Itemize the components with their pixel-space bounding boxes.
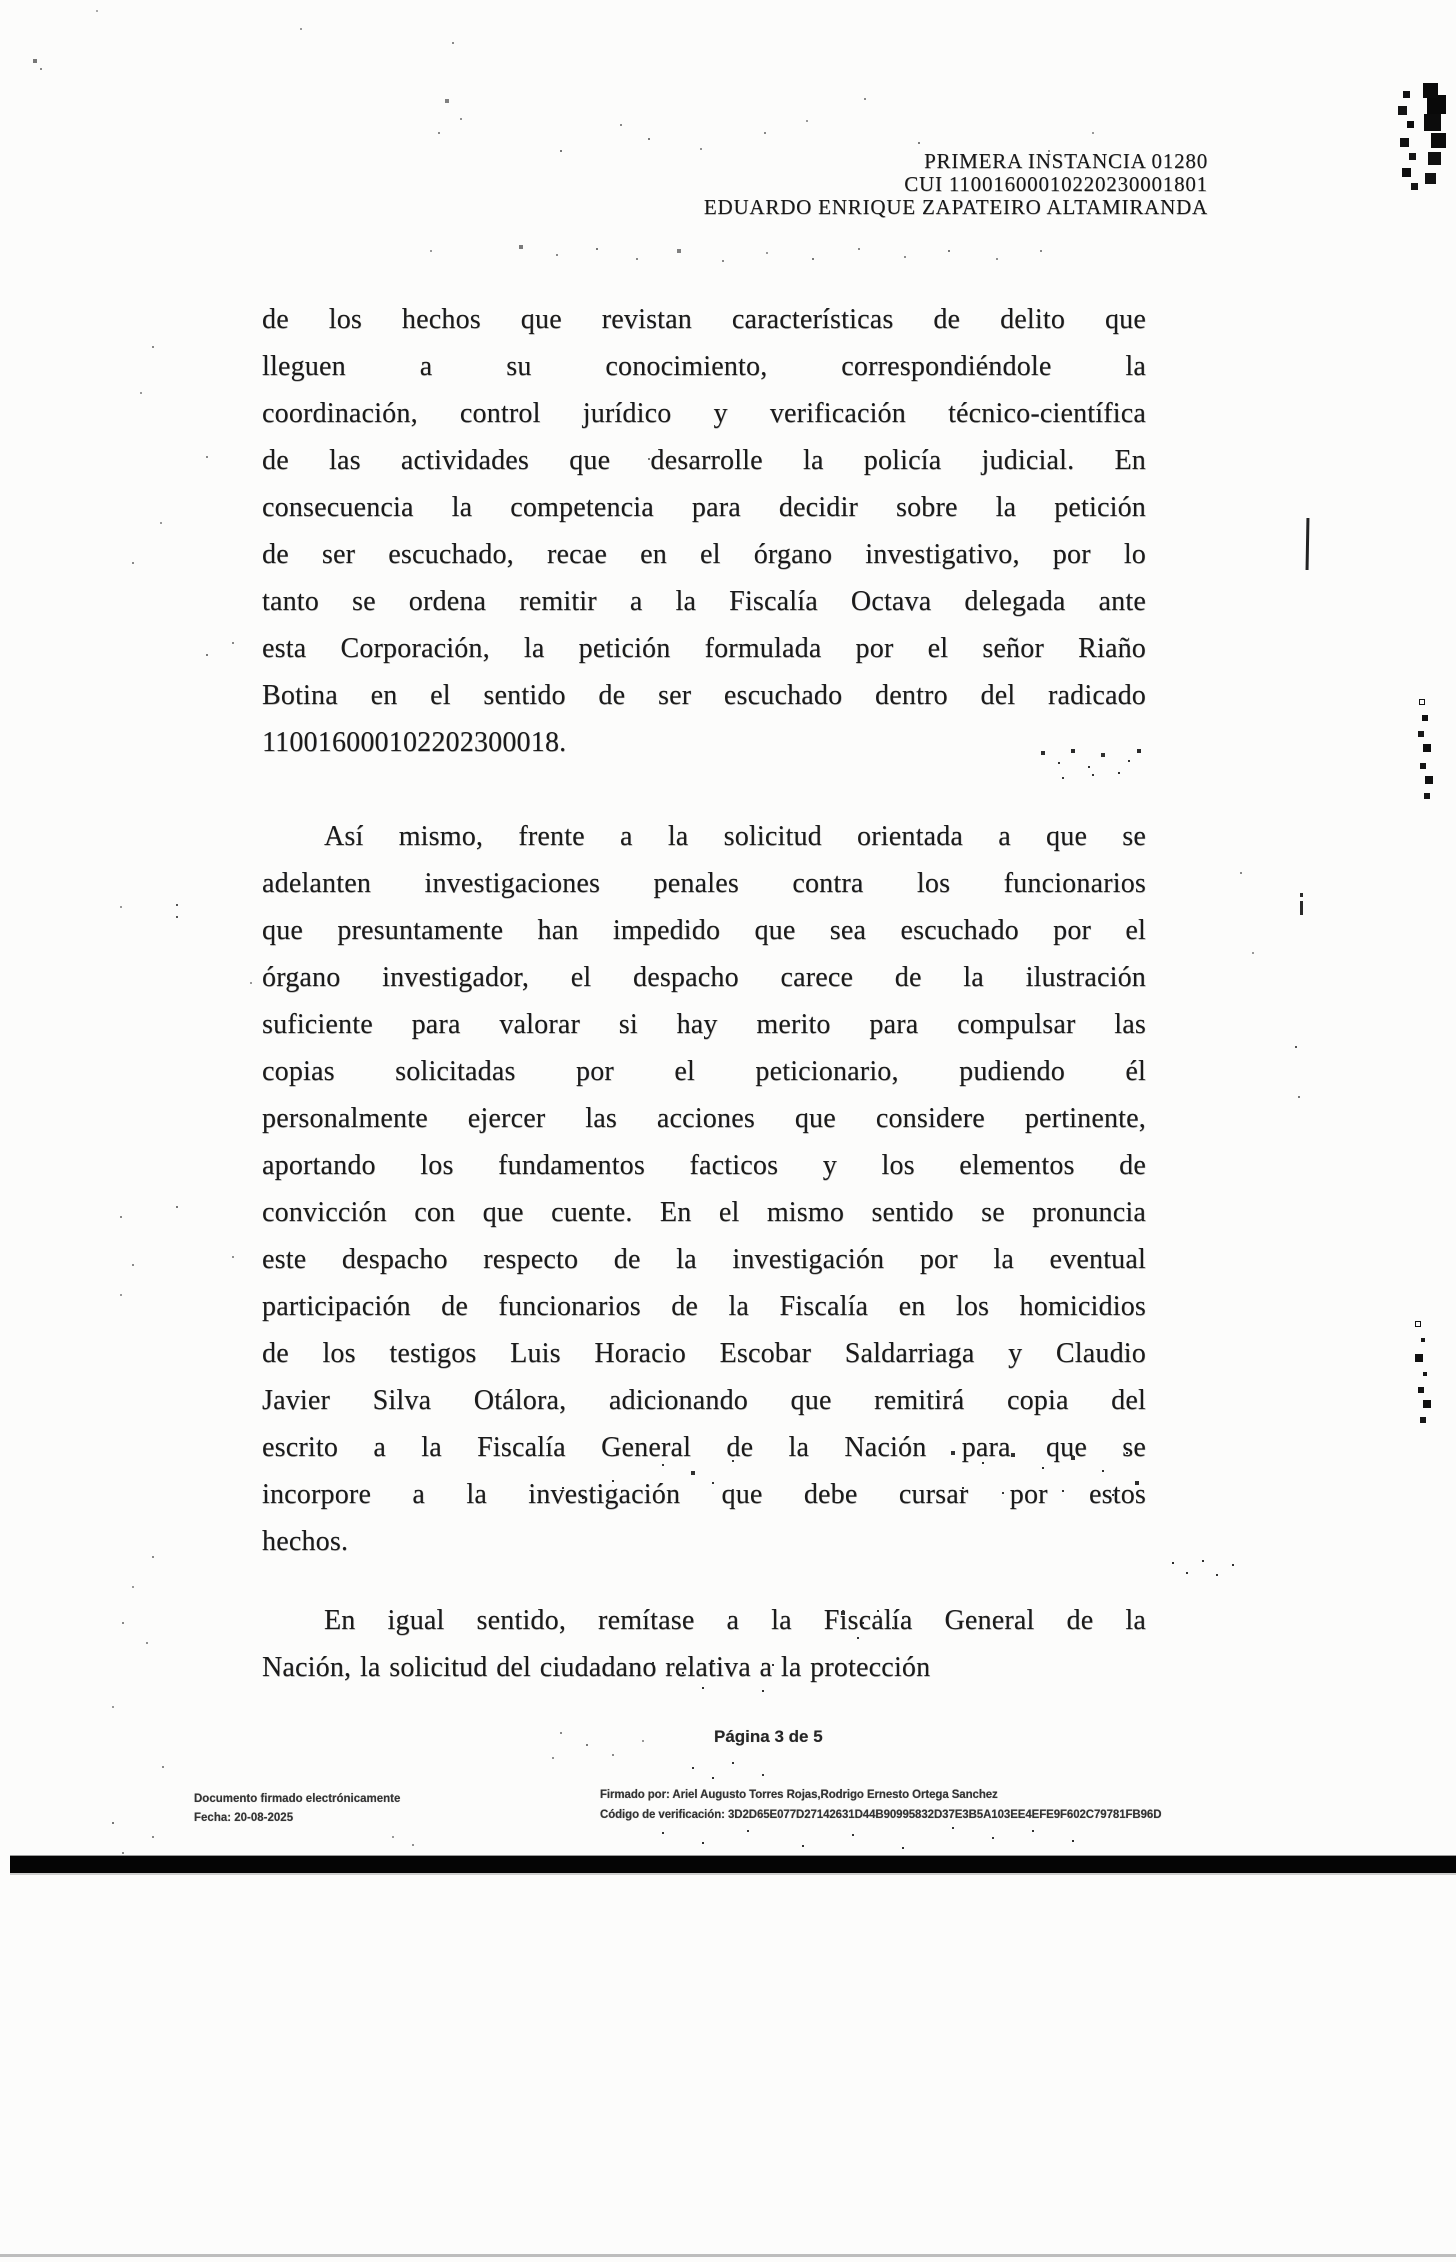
text-line: participación de funcionarios de la Fisc… (262, 1283, 1146, 1330)
document-page: PRIMERA INSTANCIA 01280 CUI 110016000102… (0, 0, 1456, 2262)
scan-artifact-top-right (1398, 84, 1403, 89)
header-instance-line: PRIMERA INSTANCIA 01280 (704, 150, 1208, 173)
text-line: Javier Silva Otálora, adicionando que re… (262, 1377, 1146, 1424)
document-header: PRIMERA INSTANCIA 01280 CUI 110016000102… (704, 150, 1208, 219)
footer-signed-electronically: Documento firmado electrónicamente (194, 1790, 400, 1809)
text-line: hechos. (262, 1518, 1146, 1565)
text-line: Nación, la solicitud del ciudadano relat… (262, 1644, 1146, 1691)
text-line: convicción con que cuente. En el mismo s… (262, 1189, 1146, 1236)
scan-artifact-right-lower (1416, 1322, 1420, 1326)
scan-artifact-right-upper (1420, 700, 1424, 704)
text-line: escrito a la Fiscalía General de la Naci… (262, 1424, 1146, 1471)
text-line: este despacho respecto de la investigaci… (262, 1236, 1146, 1283)
text-line: de los testigos Luis Horacio Escobar Sal… (262, 1330, 1146, 1377)
text-line: tanto se ordena remitir a la Fiscalía Oc… (262, 578, 1146, 625)
text-line: lleguen a su conocimiento, correspondién… (262, 343, 1146, 390)
text-line: incorpore a la investigación que debe cu… (262, 1471, 1146, 1518)
footer-verification-code-line: Código de verificación: 3D2D65E077D27142… (600, 1805, 1161, 1825)
text-line: coordinación, control jurídico y verific… (262, 390, 1146, 437)
text-line: Botina en el sentido de ser escuchado de… (262, 672, 1146, 719)
text-line: En igual sentido, remítase a la Fiscalía… (262, 1597, 1146, 1644)
text-line: adelanten investigaciones penales contra… (262, 860, 1146, 907)
footer-signed-date: Fecha: 20-08-2025 (194, 1809, 400, 1828)
footer-signed-by-line: Firmado por: Ariel Augusto Torres Rojas,… (600, 1785, 1161, 1805)
text-line: órgano investigador, el despacho carece … (262, 954, 1146, 1001)
scan-bottom-line (0, 2254, 1456, 2257)
header-cui-line: CUI 11001600010220230001801 (704, 173, 1208, 196)
scan-vertical-mark (1306, 518, 1309, 570)
text-line: suficiente para valorar si hay merito pa… (262, 1001, 1146, 1048)
header-party-name-line: EDUARDO ENRIQUE ZAPATEIRO ALTAMIRANDA (704, 196, 1208, 219)
paragraph: de los hechos que revistan característic… (262, 296, 1146, 766)
footer-verification-block: Firmado por: Ariel Augusto Torres Rojas,… (600, 1785, 1161, 1825)
scan-black-bar (10, 1856, 1456, 1873)
text-line: personalmente ejercer las acciones que c… (262, 1095, 1146, 1142)
document-body: de los hechos que revistan característic… (262, 296, 1146, 1691)
text-line: copias solicitadas por el peticionario, … (262, 1048, 1146, 1095)
scan-noise-layer-dark (0, 0, 2, 2)
paragraph: En igual sentido, remítase a la Fiscalía… (262, 1597, 1146, 1691)
text-line: de las actividades que desarrolle la pol… (262, 437, 1146, 484)
text-line: Así mismo, frente a la solicitud orienta… (262, 813, 1146, 860)
text-line: consecuencia la competencia para decidir… (262, 484, 1146, 531)
text-line: esta Corporación, la petición formulada … (262, 625, 1146, 672)
text-line: aportando los fundamentos facticos y los… (262, 1142, 1146, 1189)
footer-signature-note: Documento firmado electrónicamente Fecha… (194, 1790, 400, 1828)
scan-exclamation-mark (1300, 893, 1303, 911)
text-line: que presuntamente han impedido que sea e… (262, 907, 1146, 954)
text-line: 110016000102202300018. (262, 719, 1146, 766)
paragraph: Así mismo, frente a la solicitud orienta… (262, 813, 1146, 1565)
text-line: de los hechos que revistan característic… (262, 296, 1146, 343)
text-line: de ser escuchado, recae en el órgano inv… (262, 531, 1146, 578)
page-number-label: Página 3 de 5 (714, 1727, 823, 1747)
